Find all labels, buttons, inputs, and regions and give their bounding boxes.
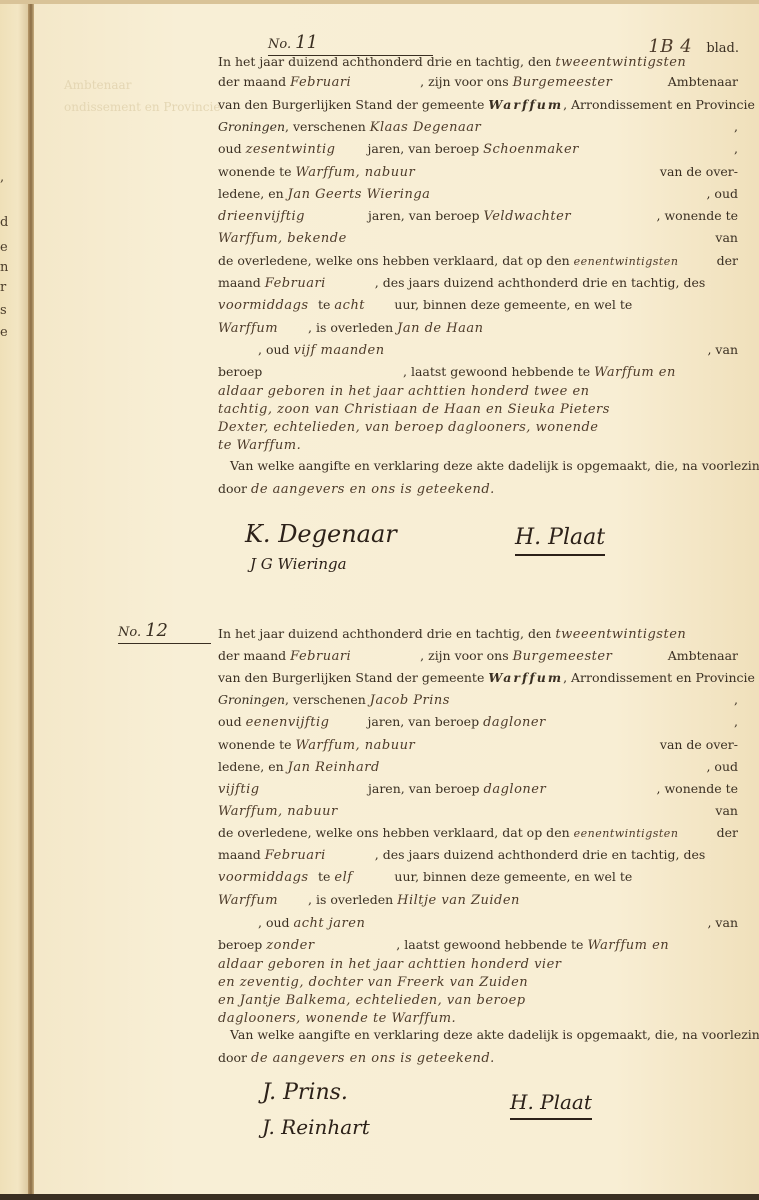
entry-11-line-11: maand Februari, des jaars duizend achtho… <box>218 273 738 293</box>
signature: J. Reinhart <box>262 1115 370 1139</box>
bleed-through-text: ondissement en Provincie <box>64 100 220 114</box>
entry-12-line-1: In het jaar duizend achthonderd drie en … <box>218 624 738 644</box>
entry-12-line-12: voormiddagste elfuur, binnen deze gemeen… <box>218 867 738 887</box>
page-bottom-edge <box>0 1194 759 1200</box>
entry-12-line-18: en Jantje Balkema, echtelieden, van bero… <box>218 991 738 1011</box>
edge-char: , <box>0 170 4 185</box>
entry-12-line-16: aldaar geboren in het jaar achttien hond… <box>218 955 738 975</box>
entry-11-line-18: Dexter, echtelieden, van beroep dagloone… <box>218 418 738 438</box>
entry-11-line-17: tachtig, zoon van Christiaan de Haan en … <box>218 400 738 420</box>
entry-12-line-13: Warffum, is overleden Hiltje van Zuiden <box>218 890 738 910</box>
entry-12-door: door de aangevers en ons is geteekend. <box>218 1048 738 1068</box>
entry-11-line-16: aldaar geboren in het jaar achttien hond… <box>218 382 738 402</box>
entry-12-line-10: de overledene, welke ons hebben verklaar… <box>218 823 738 843</box>
entry-12-line-9: Warffum, nabuurvan <box>218 801 738 821</box>
edge-char: e <box>0 240 8 255</box>
signature-officer: H. Plaat <box>515 525 605 556</box>
signature-officer: H. Plaat <box>510 1090 592 1120</box>
entry-12-line-6: wonende te Warffum, nabuurvan de over- <box>218 735 738 755</box>
entry-12-line-11: maand Februari, des jaars duizend achtho… <box>218 845 738 865</box>
entry-11-line-9: Warffum, bekendevan <box>218 228 738 248</box>
edge-char: r <box>0 280 6 295</box>
entry-11-line-13: Warffum, is overleden Jan de Haan <box>218 318 738 338</box>
bleed-through-text: Ambtenaar <box>64 78 131 92</box>
entry-12-line-5: oud eenenvijftig jaren, van beroep daglo… <box>218 712 738 732</box>
entry-12-line-3: van den Burgerlijken Stand der gemeente … <box>218 668 738 688</box>
entry-number: No.12 <box>118 620 168 641</box>
entry-11-closing: Van welke aangifte en verklaring deze ak… <box>230 456 740 476</box>
underline-rule <box>118 643 211 644</box>
entry-11-line-10: de overledene, welke ons hebben verklaar… <box>218 251 738 271</box>
entry-12-line-2: der maand Februari, zijn voor ons Burgem… <box>218 646 738 666</box>
entry-11-line-15: beroep, laatst gewoond hebbende te Warff… <box>218 362 738 382</box>
entry-11-line-7: ledene, en Jan Geerts Wieringa, oud <box>218 184 738 204</box>
entry-11-door: door de aangevers en ons is geteekend. <box>218 479 738 499</box>
entry-number: No.11 <box>268 32 318 53</box>
entry-12-line-14: , oud acht jaren, van <box>218 913 738 933</box>
entry-11-line-14: , oud vijf maanden, van <box>218 340 738 360</box>
edge-char: s <box>0 303 7 318</box>
entry-number-value: 11 <box>295 32 318 53</box>
entry-11-line-5: oud zesentwintig jaren, van beroep Schoe… <box>218 139 738 159</box>
signature: K. Degenaar <box>245 520 397 548</box>
entry-11-line-6: wonende te Warffum, nabuurvan de over- <box>218 162 738 182</box>
entry-number-value: 12 <box>145 620 168 641</box>
entry-11-line-8: drieenvijftigjaren, van beroep Veldwacht… <box>218 206 738 226</box>
entry-12-closing: Van welke aangifte en verklaring deze ak… <box>230 1025 740 1045</box>
page-top-edge <box>0 0 759 4</box>
entry-number-label: No. <box>118 625 141 640</box>
signature: J G Wieringa <box>250 555 347 573</box>
entry-12-line-4: Groningen, verschenen Jacob Prins, <box>218 690 738 710</box>
entry-12-line-17: en zeventig, dochter van Freerk van Zuid… <box>218 973 738 993</box>
entry-11-line-12: voormiddagste achtuur, binnen deze gemee… <box>218 295 738 315</box>
entry-12-line-15: beroep zonder, laatst gewoond hebbende t… <box>218 935 738 955</box>
entry-11-line-4: Groningen, verschenen Klaas Degenaar, <box>218 117 738 137</box>
entry-11-line-19: te Warffum. <box>218 436 738 456</box>
edge-char: d <box>0 215 8 230</box>
edge-char: n <box>0 260 8 275</box>
entry-number-label: No. <box>268 37 291 52</box>
entry-11-line-3: van den Burgerlijken Stand der gemeente … <box>218 95 738 115</box>
entry-11-line-2: der maand Februari, zijn voor ons Burgem… <box>218 72 738 92</box>
previous-page-edge: , d e n r s e <box>0 0 30 1200</box>
signature: J. Prins. <box>262 1080 348 1105</box>
entry-12-line-8: vijftigjaren, van beroep dagloner, wonen… <box>218 779 738 799</box>
edge-char: e <box>0 325 8 340</box>
entry-11-line-1: In het jaar duizend achthonderd drie en … <box>218 52 738 72</box>
entry-12-line-7: ledene, en Jan Reinhard, oud <box>218 757 738 777</box>
